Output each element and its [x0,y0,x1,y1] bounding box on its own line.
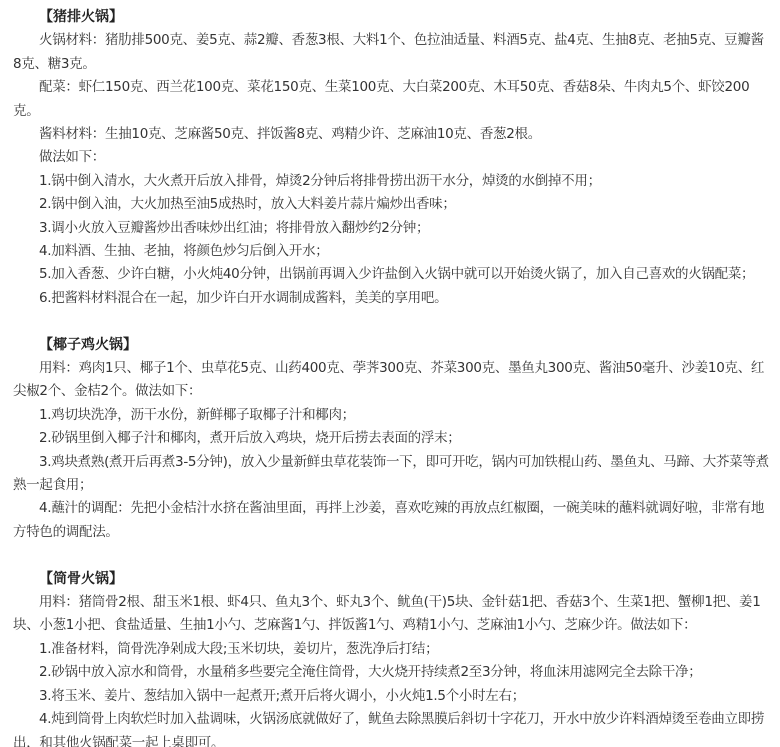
side-dishes-paragraph: 配菜：虾仁150克、西兰花100克、菜花150克、生菜100克、大白菜200克、… [13,76,769,123]
step-paragraph: 3.调小火放入豆瓣酱炒出香味炒出红油；将排骨放入翻炒约2分钟； [13,217,769,240]
step-paragraph: 2.砂锅中放入凉水和筒骨，水量稍多些要完全淹住筒骨，大火烧开持续煮2至3分钟，将… [13,661,769,684]
step-paragraph: 3.鸡块煮熟(煮开后再煮3-5分钟)，放入少量新鲜虫草花装饰一下，即可开吃，锅内… [13,451,769,498]
recipe-section-pork-ribs-hotpot: 【猪排火锅】 火锅材料：猪肋排500克、姜5克、蒜2瓣、香葱3根、大料1个、色拉… [13,6,769,310]
sauce-ingredients-paragraph: 酱料材料：生抽10克、芝麻酱50克、拌饭酱8克、鸡精少许、芝麻油10克、香葱2根… [13,123,769,146]
section-spacer [13,310,769,333]
step-paragraph: 4.蘸汁的调配：先把小金桔汁水挤在酱油里面，再拌上沙姜，喜欢吃辣的再放点红椒圈，… [13,497,769,544]
section-spacer [13,544,769,567]
step-paragraph: 6.把酱料材料混合在一起，加少许白开水调制成酱料，美美的享用吧。 [13,287,769,310]
section-title: 【椰子鸡火锅】 [13,334,769,357]
step-paragraph: 1.准备材料，筒骨洗净剁成大段;玉米切块，姜切片，葱洗净后打结； [13,638,769,661]
ingredients-paragraph: 用料：鸡肉1只、椰子1个、虫草花5克、山药400克、荸荠300克、芥菜300克、… [13,357,769,404]
section-title: 【筒骨火锅】 [13,568,769,591]
section-title: 【猪排火锅】 [13,6,769,29]
step-paragraph: 3.将玉米、姜片、葱结加入锅中一起煮开;煮开后将火调小，小火炖1.5个小时左右； [13,685,769,708]
step-paragraph: 4.炖到筒骨上肉软烂时加入盐调味，火锅汤底就做好了，鱿鱼去除黑膜后斜切十字花刀，… [13,708,769,747]
recipe-section-pork-bone-hotpot: 【筒骨火锅】 用料：猪筒骨2根、甜玉米1根、虾4只、鱼丸3个、虾丸3个、鱿鱼(干… [13,568,769,747]
method-heading: 做法如下： [13,146,769,169]
ingredients-paragraph: 火锅材料：猪肋排500克、姜5克、蒜2瓣、香葱3根、大料1个、色拉油适量、料酒5… [13,29,769,76]
ingredients-paragraph: 用料：猪筒骨2根、甜玉米1根、虾4只、鱼丸3个、虾丸3个、鱿鱼(干)5块、金针菇… [13,591,769,638]
step-paragraph: 4.加料酒、生抽、老抽，将颜色炒匀后倒入开水； [13,240,769,263]
step-paragraph: 2.锅中倒入油，大火加热至油5成热时，放入大料姜片蒜片煸炒出香味； [13,193,769,216]
step-paragraph: 5.加入香葱、少许白糖，小火炖40分钟，出锅前再调入少许盐倒入火锅中就可以开始烫… [13,263,769,286]
step-paragraph: 1.鸡切块洗净，沥干水份，新鲜椰子取椰子汁和椰肉； [13,404,769,427]
article-body: 【猪排火锅】 火锅材料：猪肋排500克、姜5克、蒜2瓣、香葱3根、大料1个、色拉… [13,6,769,747]
step-paragraph: 2.砂锅里倒入椰子汁和椰肉，煮开后放入鸡块，烧开后捞去表面的浮末； [13,427,769,450]
step-paragraph: 1.锅中倒入清水，大火煮开后放入排骨，焯烫2分钟后将排骨捞出沥干水分，焯烫的水倒… [13,170,769,193]
recipe-section-coconut-chicken-hotpot: 【椰子鸡火锅】 用料：鸡肉1只、椰子1个、虫草花5克、山药400克、荸荠300克… [13,334,769,545]
